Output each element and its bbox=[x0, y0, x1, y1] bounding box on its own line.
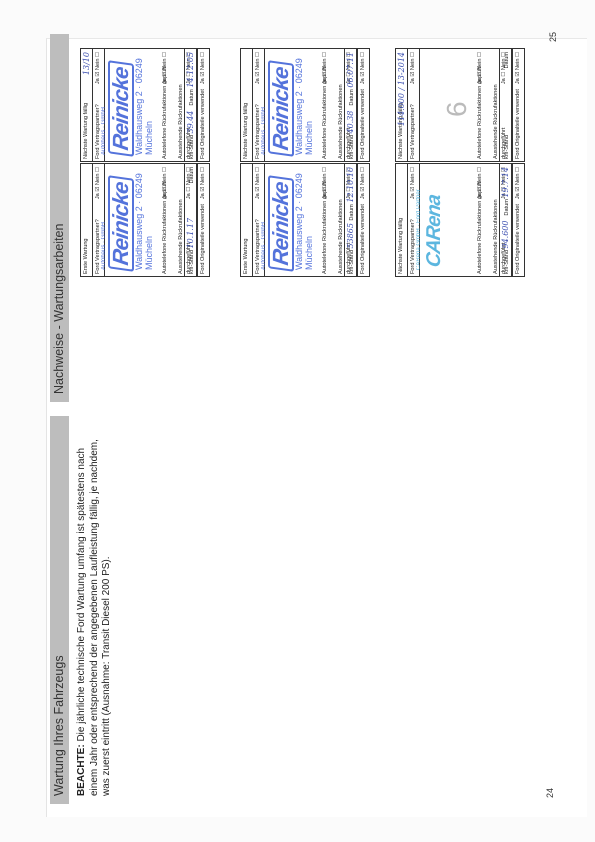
km-value: 10.1.17 bbox=[186, 218, 195, 249]
ford-partner-row: Ford Vertragspartner? Ja ☑ Nein ☐ bbox=[253, 49, 265, 161]
recall-check-row: Autotelefone Rückrufaktionen geprüft Ja … bbox=[161, 52, 169, 159]
rotated-spread: Wartung Ihres Fahrzeugs BEACHTE: Die jäh… bbox=[0, 0, 595, 842]
dealer-stamp: Autohaus · GmbH Reinicke Waldhausweg 2 ·… bbox=[101, 55, 161, 155]
record-number-marker: 6 bbox=[441, 101, 473, 117]
km-label: km-Stand bbox=[504, 250, 510, 274]
km-value: 53865 bbox=[346, 223, 355, 248]
recall-check-checkbox[interactable]: Ja ☐ Nein ☐ bbox=[161, 52, 169, 84]
maintenance-record-box: Erste Wartung Ford Vertragspartner? Ja ☑… bbox=[80, 163, 210, 277]
ford-original-label: Ford Originalteile verwendet bbox=[360, 204, 366, 274]
ford-original-checkbox[interactable]: Ja ☑ Nein ☐ bbox=[513, 167, 524, 199]
ford-partner-row: Ford Vertragspartner? Ja ☑ Nein ☐ bbox=[93, 49, 105, 161]
maintenance-record-box: Nächste Wartung fällig Ford Vertragspart… bbox=[395, 163, 525, 277]
ford-original-row: Ford Originalteile verwendet Ja ☑ Nein ☐ bbox=[357, 49, 369, 161]
dealer-stamp: Autohaus · GmbH Reinicke Waldhausweg 2 ·… bbox=[261, 55, 321, 155]
ford-original-label: Ford Originalteile verwendet bbox=[515, 204, 521, 274]
ford-partner-checkbox[interactable]: Ja ☑ Nein ☐ bbox=[408, 52, 419, 84]
ford-original-checkbox[interactable]: Ja ☑ Nein ☐ bbox=[358, 52, 369, 84]
date-value: 14.12.05 bbox=[186, 52, 195, 88]
page-24-header: Wartung Ihres Fahrzeugs bbox=[50, 416, 69, 804]
ford-partner-checkbox[interactable]: Ja ☑ Nein ☐ bbox=[253, 167, 264, 199]
record-title: Nächste Wartung fällig 114.000 / 13-2014 bbox=[396, 49, 408, 161]
km-label: km-Stand bbox=[349, 250, 355, 274]
stamp-brand: Reinicke bbox=[268, 61, 294, 157]
ford-original-row: Ford Originalteile verwendet Ja ☑ Nein ☐ bbox=[197, 164, 209, 276]
record-title-text: Erste Wartung bbox=[83, 238, 89, 274]
page-25-header: Nachweise - Wartungsarbeiten bbox=[50, 34, 69, 402]
ford-original-row: Ford Originalteile verwendet Ja ☑ Nein ☐ bbox=[197, 49, 209, 161]
km-date-row: km-Stand 39.44 Datum 14.12.05 bbox=[184, 49, 197, 161]
page-25: Nachweise - Wartungsarbeiten 25 Erste Wa… bbox=[0, 32, 595, 402]
recall-check-row: Autotelefone Rückrufaktionen geprüft Ja … bbox=[476, 167, 484, 274]
stamp-address: Waldhausweg 2 · 06249 Mücheln bbox=[294, 170, 314, 270]
next-due-value: 13/10 bbox=[81, 52, 92, 75]
record-title: Nächste Wartung fällig bbox=[396, 164, 408, 276]
recall-check-row: Autotelefone Rückrufaktionen geprüft Ja … bbox=[161, 167, 169, 274]
record-title-text: Nächste Wartung fällig bbox=[398, 218, 404, 274]
ford-partner-checkbox[interactable]: Ja ☑ Nein ☐ bbox=[93, 167, 104, 199]
recall-check-row: Autotelefone Rückrufaktionen geprüft Ja … bbox=[321, 167, 329, 274]
km-value: 94.600 bbox=[501, 221, 510, 249]
km-date-row: km-Stand 40.38 Datum 06.07.11 bbox=[344, 49, 357, 161]
recall-check-row: Autotelefone Rückrufaktionen geprüft Ja … bbox=[321, 52, 329, 159]
page-number-25: 25 bbox=[548, 32, 558, 42]
recall-check-checkbox[interactable]: Ja ☐ Nein ☐ bbox=[321, 167, 329, 199]
recall-check-checkbox[interactable]: Ja ☐ Nein ☐ bbox=[476, 52, 484, 84]
record-title-text: Nächste Wartung fällig bbox=[83, 103, 89, 159]
stamp-address: Waldhausweg 2 · 06249 Mücheln bbox=[294, 55, 314, 155]
km-date-row: km-Stand 94.600 Datum 19.7.14 bbox=[499, 164, 512, 276]
km-date-row: km-Stand 10.1.17 Datum bbox=[184, 164, 197, 276]
ford-original-row: Ford Originalteile verwendet Ja ☑ Nein ☐ bbox=[512, 164, 524, 276]
date-value: 12.10.10 bbox=[346, 167, 355, 203]
stamp-brand: Reinicke bbox=[108, 176, 134, 272]
maintenance-record-box: Nächste Wartung fällig 114.000 / 13-2014… bbox=[395, 48, 525, 162]
page-number-24: 24 bbox=[545, 788, 555, 798]
ford-partner-row: Ford Vertragspartner? Ja ☑ Nein ☐ bbox=[253, 164, 265, 276]
recall-check-row: Autotelefone Rückrufaktionen geprüft Ja … bbox=[476, 52, 484, 159]
ford-original-row: Ford Originalteile verwendet Ja ☑ Nein ☐ bbox=[512, 49, 524, 161]
record-title: Erste Wartung bbox=[241, 164, 253, 276]
ford-partner-checkbox[interactable]: Ja ☑ Nein ☐ bbox=[93, 52, 104, 84]
date-label: Datum bbox=[189, 89, 195, 105]
km-value: 40.38 bbox=[346, 111, 355, 134]
ford-partner-row: Ford Vertragspartner? Ja ☑ Nein ☐ bbox=[93, 164, 105, 276]
km-label: km-Stand bbox=[189, 135, 195, 159]
stamp-brand: CARena bbox=[423, 191, 445, 272]
date-label: Datum bbox=[349, 89, 355, 105]
ford-original-row: Ford Originalteile verwendet Ja ☑ Nein ☐ bbox=[357, 164, 369, 276]
date-label: Datum bbox=[349, 204, 355, 220]
date-label: Datum bbox=[504, 199, 510, 215]
ford-original-label: Ford Originalteile verwendet bbox=[200, 204, 206, 274]
record-title: Nächste Wartung fällig 13/10 bbox=[81, 49, 93, 161]
stamp-address: Waldhausweg 2 · 06249 Mücheln bbox=[134, 55, 154, 155]
km-date-row: km-Stand Datum bbox=[499, 49, 512, 161]
maintenance-record-box: Nächste Wartung fällig 13/10 Ford Vertra… bbox=[80, 48, 210, 162]
ford-partner-checkbox[interactable]: Ja ☑ Nein ☐ bbox=[408, 167, 419, 199]
record-title-text: Nächste Wartung fällig bbox=[243, 103, 249, 159]
maintenance-record-box: Nächste Wartung fällig Ford Vertragspart… bbox=[240, 48, 370, 162]
ford-original-checkbox[interactable]: Ja ☑ Nein ☐ bbox=[358, 167, 369, 199]
ford-original-checkbox[interactable]: Ja ☑ Nein ☐ bbox=[198, 52, 209, 84]
ford-partner-label: Ford Vertragspartner? bbox=[95, 104, 101, 159]
record-title: Nächste Wartung fällig bbox=[241, 49, 253, 161]
dealer-stamp: CARena GmbH · Ford Partner CARena bbox=[416, 170, 476, 270]
stamp-address: Waldhausweg 2 · 06249 Mücheln bbox=[134, 170, 154, 270]
ford-partner-row: Ford Vertragspartner? Ja ☑ Nein ☐ bbox=[408, 49, 420, 161]
km-label: km-Stand bbox=[189, 250, 195, 274]
ford-partner-row: Ford Vertragspartner? Ja ☑ Nein ☐ bbox=[408, 164, 420, 276]
km-value: 39.44 bbox=[186, 111, 195, 134]
ford-original-label: Ford Originalteile verwendet bbox=[360, 89, 366, 159]
recall-check-checkbox[interactable]: Ja ☐ Nein ☐ bbox=[476, 167, 484, 199]
stamp-brand: Reinicke bbox=[108, 61, 134, 157]
maintenance-note: BEACHTE: Die jährliche technische Ford W… bbox=[76, 426, 114, 796]
ford-original-label: Ford Originalteile verwendet bbox=[515, 89, 521, 159]
date-value: 19.7.14 bbox=[501, 167, 510, 198]
ford-original-checkbox[interactable]: Ja ☑ Nein ☐ bbox=[198, 167, 209, 199]
ford-partner-label: Ford Vertragspartner? bbox=[95, 219, 101, 274]
km-label: km-Stand bbox=[504, 135, 510, 159]
ford-partner-label: Ford Vertragspartner? bbox=[255, 219, 261, 274]
page-24: Wartung Ihres Fahrzeugs BEACHTE: Die jäh… bbox=[0, 416, 595, 816]
km-date-row: km-Stand 53865 Datum 12.10.10 bbox=[344, 164, 357, 276]
ford-original-checkbox[interactable]: Ja ☑ Nein ☐ bbox=[513, 52, 524, 84]
note-text: Die jährliche technische Ford Wartung um… bbox=[76, 439, 112, 796]
date-value: 06.07.11 bbox=[346, 52, 355, 88]
stamp-brand: Reinicke bbox=[268, 176, 294, 272]
recall-check-checkbox[interactable]: Ja ☐ Nein ☐ bbox=[161, 167, 169, 199]
record-title-text: Erste Wartung bbox=[243, 238, 249, 274]
dealer-stamp: Autohaus · GmbH Reinicke Waldhausweg 2 ·… bbox=[101, 170, 161, 270]
note-label: BEACHTE: bbox=[76, 744, 87, 796]
dealer-stamp: Autohaus · GmbH Reinicke Waldhausweg 2 ·… bbox=[261, 170, 321, 270]
recall-check-checkbox[interactable]: Ja ☐ Nein ☐ bbox=[321, 52, 329, 84]
ford-original-label: Ford Originalteile verwendet bbox=[200, 89, 206, 159]
date-label: Datum bbox=[504, 52, 510, 68]
date-label: Datum bbox=[189, 167, 195, 183]
maintenance-record-box: Erste Wartung Ford Vertragspartner? Ja ☑… bbox=[240, 163, 370, 277]
km-label: km-Stand bbox=[349, 135, 355, 159]
record-title: Erste Wartung bbox=[81, 164, 93, 276]
ford-partner-label: Ford Vertragspartner? bbox=[410, 219, 416, 274]
ford-partner-label: Ford Vertragspartner? bbox=[255, 104, 261, 159]
ford-partner-checkbox[interactable]: Ja ☑ Nein ☐ bbox=[253, 52, 264, 84]
ford-partner-label: Ford Vertragspartner? bbox=[410, 104, 416, 159]
next-due-value: 114.000 / 13-2014 bbox=[396, 52, 407, 126]
